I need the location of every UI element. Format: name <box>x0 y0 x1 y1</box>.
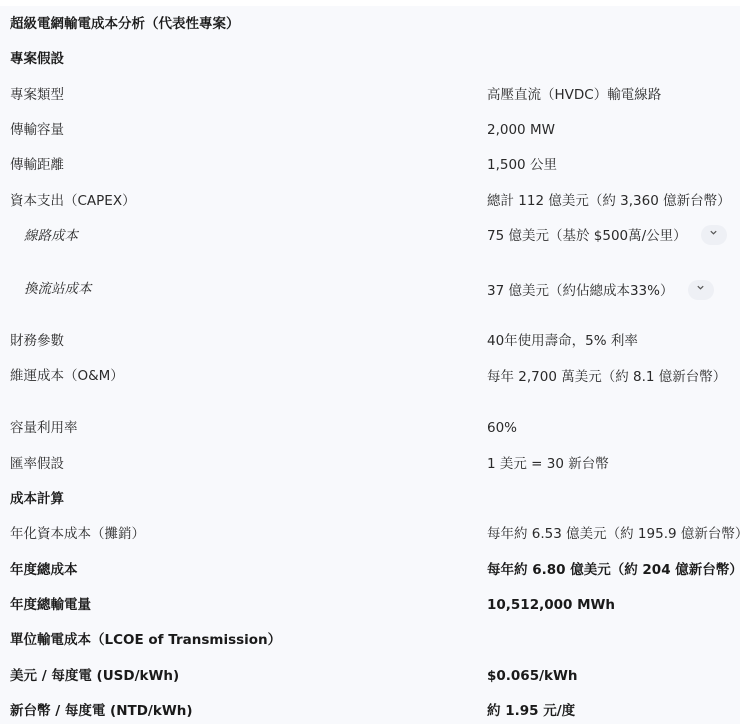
section-heading: 專案假設 <box>10 44 64 74</box>
row-value-text: 37 億美元（約佔總成本33%） <box>487 283 673 299</box>
row-label: 新台幣 / 每度電 (NTD/kWh) <box>10 696 193 724</box>
row-label: 維運成本（O&M） <box>10 361 124 391</box>
table-row-project-type: 專案類型 高壓直流（HVDC）輸電線路 <box>0 80 740 110</box>
chevron-down-icon <box>709 228 718 237</box>
row-label: 匯率假設 <box>10 449 64 479</box>
row-value: 2,000 MW <box>487 115 555 145</box>
row-label: 單位輸電成本（LCOE of Transmission） <box>10 625 281 655</box>
row-value: $0.065/kWh <box>487 661 578 691</box>
row-label: 換流站成本 <box>24 274 92 304</box>
row-label: 年度總成本 <box>10 555 78 585</box>
row-label: 資本支出（CAPEX） <box>10 186 136 216</box>
table-row-capex: 資本支出（CAPEX） 總計 112 億美元（約 3,360 億新台幣） <box>0 186 740 216</box>
row-value-text: 75 億美元（基於 $500萬/公里） <box>487 228 687 244</box>
row-value: 37 億美元（約佔總成本33%） <box>487 276 714 306</box>
table-row-annual-transmission: 年度總輸電量 10,512,000 MWh <box>0 590 740 620</box>
table-row-capacity: 傳輸容量 2,000 MW <box>0 115 740 145</box>
row-value: 每年約 6.53 億美元（約 195.9 億新台幣） <box>487 519 740 549</box>
table-row-annual-total-cost: 年度總成本 每年約 6.80 億美元（約 204 億新台幣） <box>0 555 740 585</box>
section-heading-assumptions: 專案假設 <box>0 44 740 74</box>
row-value: 10,512,000 MWh <box>487 590 615 620</box>
table-row-line-cost: 線路成本 75 億美元（基於 $500萬/公里） <box>0 221 740 251</box>
row-value: 高壓直流（HVDC）輸電線路 <box>487 80 661 110</box>
row-label: 容量利用率 <box>10 413 78 443</box>
table-title-row: 超級電網輸電成本分析（代表性專案） <box>0 9 740 39</box>
expand-button[interactable] <box>688 280 714 300</box>
section-heading: 成本計算 <box>10 484 64 514</box>
table-row-converter-cost: 換流站成本 37 億美元（約佔總成本33%） <box>0 274 740 304</box>
table-row-financial: 財務參數 40年使用壽命，5% 利率 <box>0 326 740 356</box>
row-label: 專案類型 <box>10 80 64 110</box>
row-value: 1 美元 = 30 新台幣 <box>487 449 609 479</box>
row-label: 傳輸距離 <box>10 150 64 180</box>
table-row-lcoe-heading: 單位輸電成本（LCOE of Transmission） <box>0 625 740 655</box>
section-heading-calc: 成本計算 <box>0 484 740 514</box>
chevron-down-icon <box>696 283 705 292</box>
row-label: 線路成本 <box>24 221 78 251</box>
table-row-utilization: 容量利用率 60% <box>0 413 740 443</box>
row-value: 1,500 公里 <box>487 150 557 180</box>
cost-analysis-table: 超級電網輸電成本分析（代表性專案） 專案假設 專案類型 高壓直流（HVDC）輸電… <box>0 6 740 724</box>
row-label: 傳輸容量 <box>10 115 64 145</box>
row-value: 40年使用壽命，5% 利率 <box>487 326 638 356</box>
table-row-distance: 傳輸距離 1,500 公里 <box>0 150 740 180</box>
table-row-annualized-capex: 年化資本成本（攤銷） 每年約 6.53 億美元（約 195.9 億新台幣） <box>0 519 740 549</box>
row-value: 每年約 6.80 億美元（約 204 億新台幣） <box>487 555 740 585</box>
row-value: 75 億美元（基於 $500萬/公里） <box>487 221 727 251</box>
expand-button[interactable] <box>701 225 727 245</box>
row-value: 每年 2,700 萬美元（約 8.1 億新台幣） <box>487 362 740 392</box>
row-label: 美元 / 每度電 (USD/kWh) <box>10 661 179 691</box>
row-label: 財務參數 <box>10 326 64 356</box>
row-value: 約 1.95 元/度 <box>487 696 575 724</box>
row-label: 年度總輸電量 <box>10 590 91 620</box>
row-label: 年化資本成本（攤銷） <box>10 519 145 549</box>
table-row-usd-per-kwh: 美元 / 每度電 (USD/kWh) $0.065/kWh <box>0 661 740 691</box>
table-title: 超級電網輸電成本分析（代表性專案） <box>10 9 240 39</box>
table-row-ntd-per-kwh: 新台幣 / 每度電 (NTD/kWh) 約 1.95 元/度 <box>0 696 740 724</box>
table-row-om: 維運成本（O&M） 每年 2,700 萬美元（約 8.1 億新台幣） <box>0 361 740 391</box>
table-row-exchange-rate: 匯率假設 1 美元 = 30 新台幣 <box>0 449 740 479</box>
row-value: 總計 112 億美元（約 3,360 億新台幣） <box>487 186 731 216</box>
row-value: 60% <box>487 413 517 443</box>
row-value-text: 每年 2,700 萬美元（約 8.1 億新台幣） <box>487 369 726 385</box>
